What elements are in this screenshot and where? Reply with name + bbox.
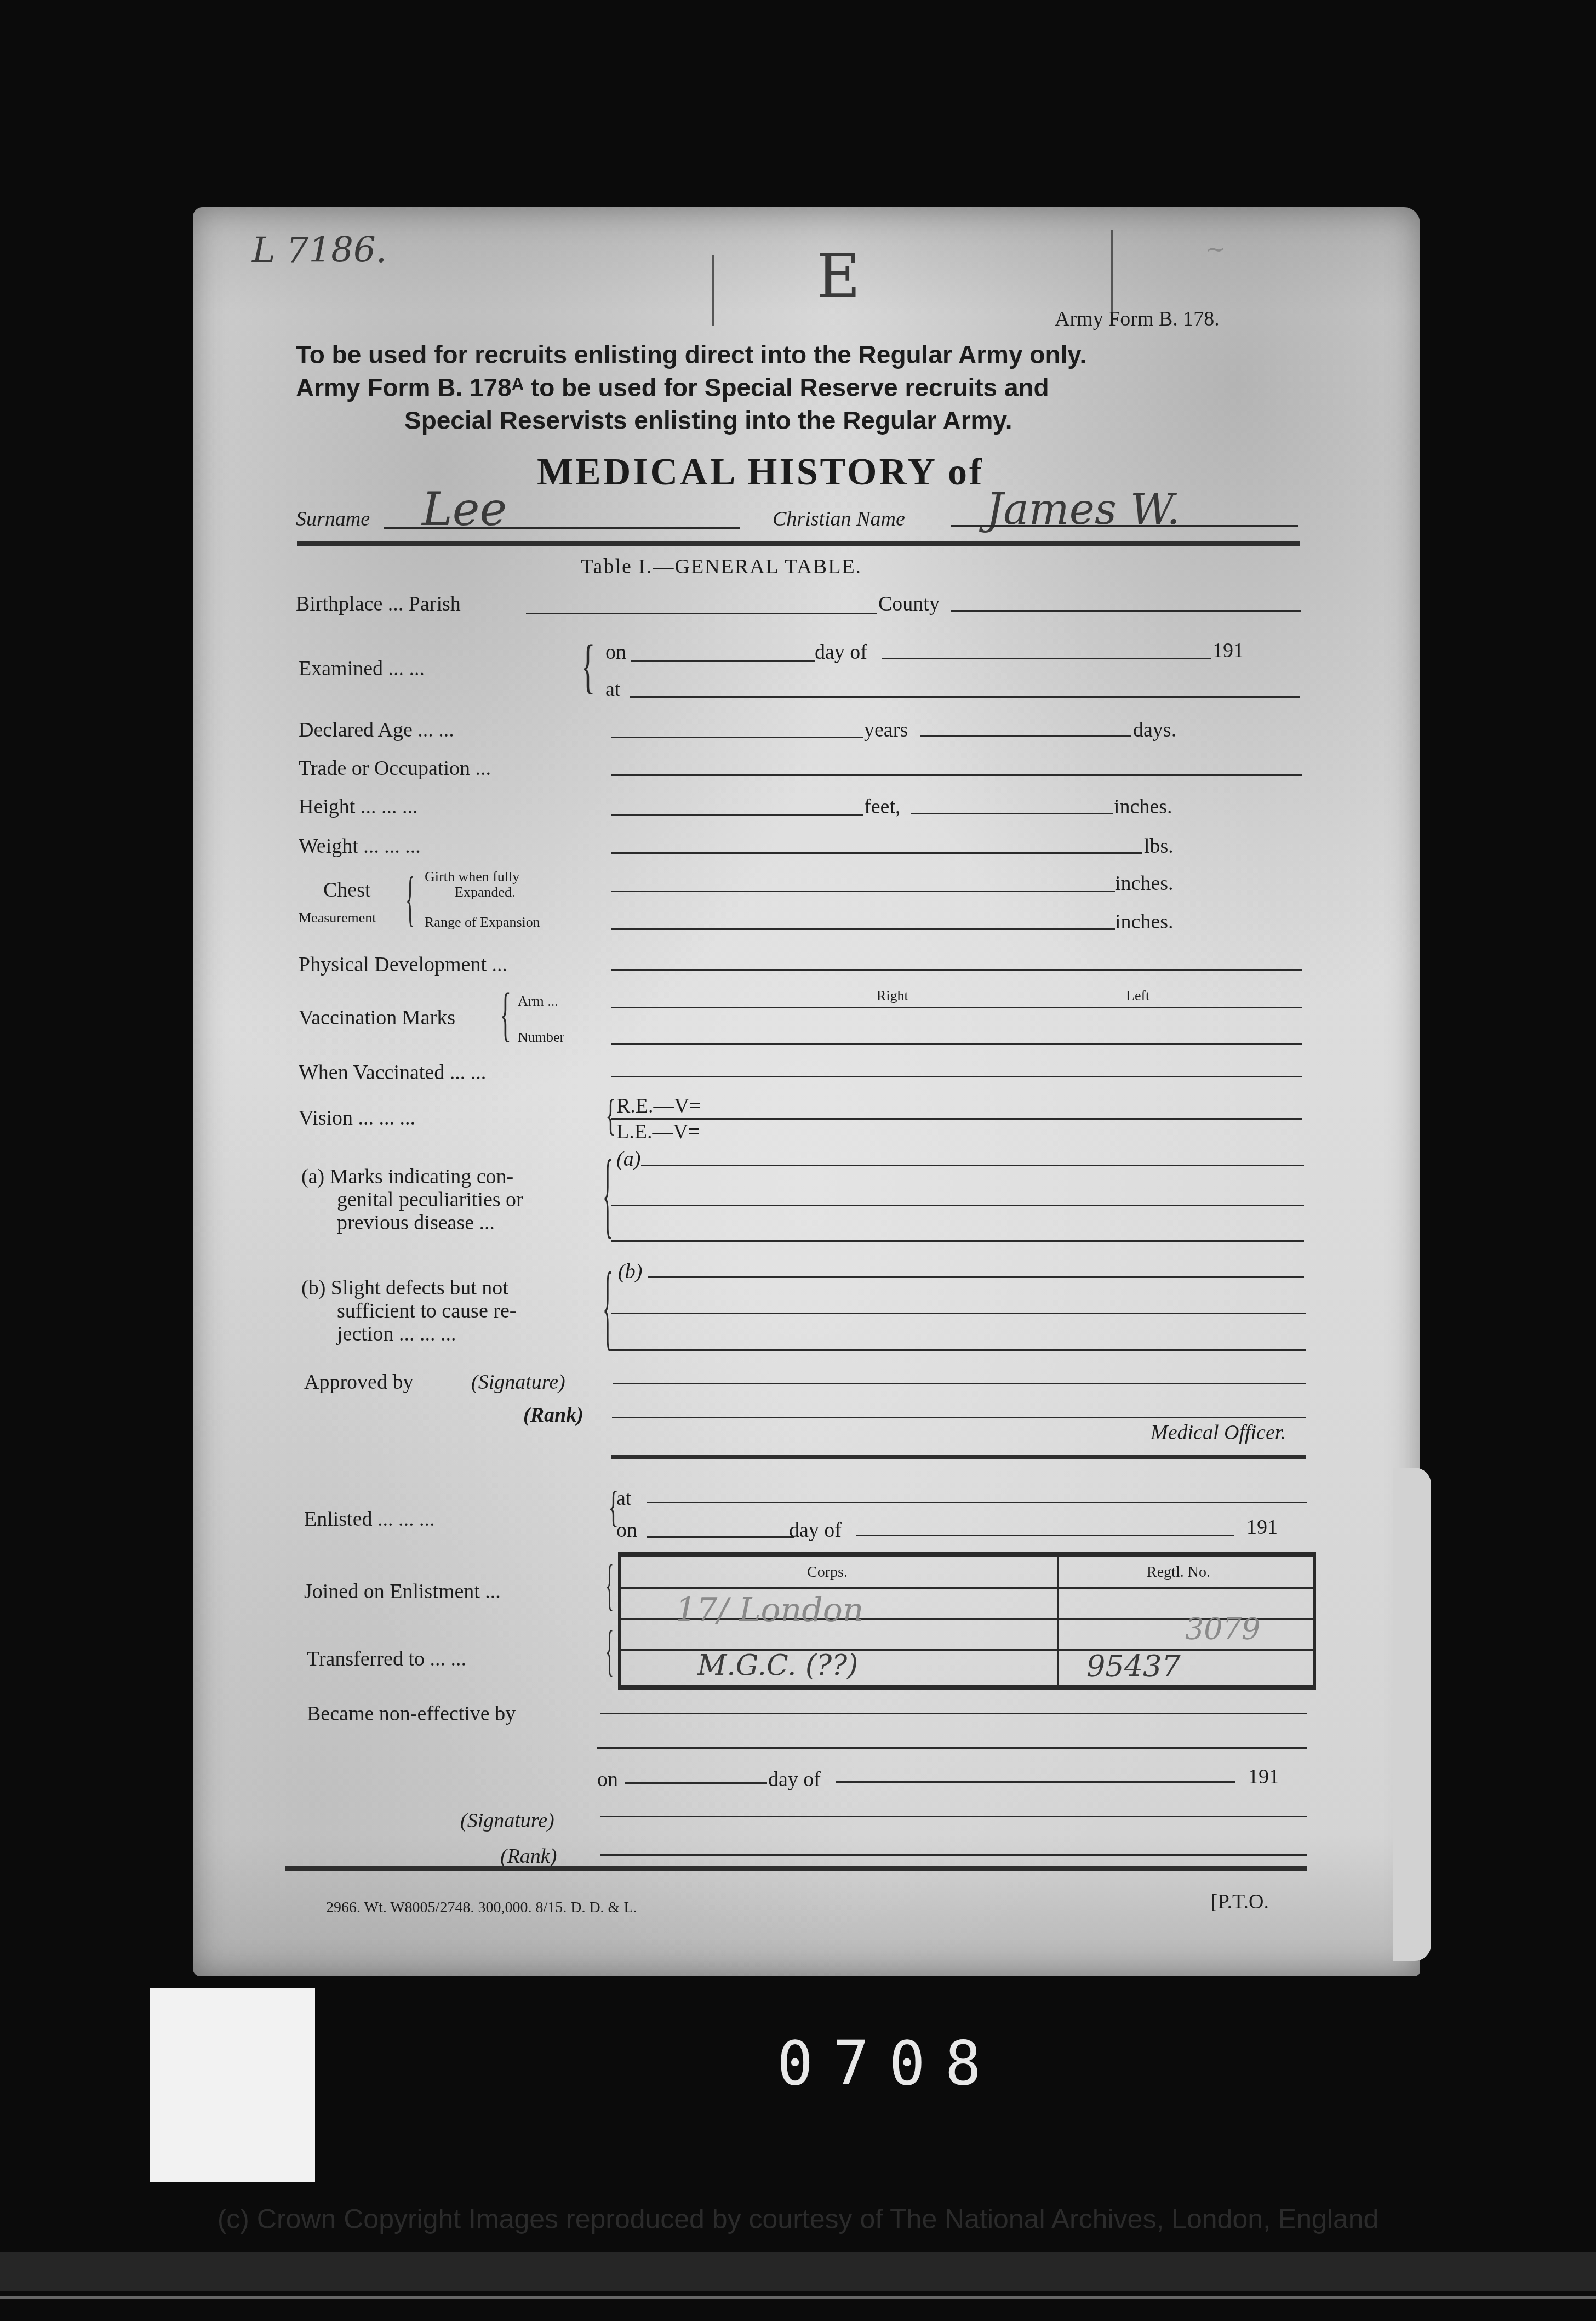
age-years-input[interactable] (611, 737, 863, 738)
marks-a-input-2[interactable] (611, 1205, 1304, 1206)
years-label: years (864, 718, 908, 742)
non-effective-rank-input[interactable] (600, 1854, 1307, 1856)
marks-a-input-3[interactable] (611, 1240, 1304, 1242)
enlisted-day-input[interactable] (647, 1536, 794, 1538)
enlisted-year-label: 191 (1246, 1515, 1278, 1539)
non-effective-signature-label: (Signature) (460, 1809, 554, 1833)
right-header: Right (877, 988, 908, 1004)
chest-girth-unit: inches. (1115, 871, 1174, 896)
age-days-input[interactable] (920, 735, 1131, 737)
examined-at-input[interactable] (630, 696, 1300, 698)
film-band (0, 2252, 1596, 2291)
girth-label-2: Expanded. (455, 884, 515, 900)
christian-name-field-line (951, 525, 1298, 527)
non-effective-input-1[interactable] (600, 1713, 1307, 1714)
examined-month-input[interactable] (882, 658, 1211, 659)
marks-a-marker: (a) (616, 1147, 640, 1171)
box-mark (712, 255, 719, 326)
christian-name-value[interactable]: James W. (986, 485, 1180, 534)
marks-a-input-1[interactable] (641, 1165, 1304, 1166)
vision-brace: { (605, 1093, 616, 1137)
lbs-label: lbs. (1144, 834, 1174, 858)
category-mark: E (816, 241, 860, 311)
defects-b-label-2: sufficient to cause re- (337, 1299, 516, 1323)
number-label: Number (518, 1029, 564, 1046)
range-label: Range of Expansion (425, 914, 540, 931)
defects-b-marker: (b) (618, 1259, 642, 1284)
examined-year-label: 191 (1212, 638, 1244, 663)
copyright-notice: (c) Crown Copyright Images reproduced by… (0, 2203, 1596, 2235)
parish-input[interactable] (526, 613, 877, 614)
non-effective-month-input[interactable] (836, 1781, 1235, 1783)
surname-label: Surname (296, 507, 370, 531)
non-effective-input-2[interactable] (597, 1747, 1307, 1749)
instruction-line-2: Army Form B. 178ᴬ to be used for Special… (296, 373, 1049, 402)
non-effective-day-of-label: day of (768, 1767, 821, 1792)
examined-label: Examined ... ... (299, 657, 425, 681)
print-code: 2966. Wt. W8005/2748. 300,000. 8/15. D. … (326, 1899, 637, 1917)
defects-b-label-3: jection ... ... ... (337, 1322, 456, 1346)
county-label: County (878, 592, 940, 616)
corps-column-header: Corps. (807, 1564, 848, 1581)
vaccination-number-input[interactable] (611, 1043, 1302, 1045)
torn-edge (1393, 1468, 1431, 1961)
height-inches-input[interactable] (911, 813, 1113, 814)
section-divider (611, 1455, 1306, 1459)
page-title: MEDICAL HISTORY of (537, 450, 984, 494)
instruction-line-1: To be used for recruits enlisting direct… (296, 340, 1086, 369)
defects-b-input-2[interactable] (611, 1313, 1306, 1314)
examined-brace: { (581, 636, 595, 696)
non-effective-day-input[interactable] (625, 1782, 767, 1784)
calibration-strip (150, 1988, 315, 2182)
examined-at-label: at (605, 677, 620, 702)
defects-b-label-1: (b) Slight defects but not (301, 1276, 508, 1300)
when-vaccinated-input[interactable] (611, 1076, 1302, 1077)
examined-day-input[interactable] (631, 660, 815, 662)
defects-b-input-3[interactable] (611, 1349, 1306, 1351)
trade-label: Trade or Occupation ... (299, 756, 491, 780)
non-effective-rank-label: (Rank) (500, 1844, 557, 1868)
examined-day-of-label: day of (815, 640, 867, 664)
vaccination-marks-label: Vaccination Marks (299, 1006, 455, 1030)
chest-label: Chest (323, 878, 371, 902)
frame-counter: 0708 (777, 2039, 985, 2088)
county-input[interactable] (951, 610, 1301, 612)
joined-corps-value[interactable]: 17/ London (676, 1591, 863, 1629)
weight-label: Weight ... ... ... (299, 834, 421, 858)
height-label: Height ... ... ... (299, 795, 417, 819)
initials-annotation: ~ (1205, 236, 1226, 264)
chest-girth-input[interactable] (611, 891, 1115, 892)
header-divider (297, 541, 1300, 546)
when-vaccinated-label: When Vaccinated ... ... (299, 1060, 486, 1085)
re-label: R.E.—V= (616, 1094, 701, 1118)
examined-on-label: on (605, 640, 626, 664)
approved-signature-input[interactable] (613, 1383, 1306, 1384)
vision-label: Vision ... ... ... (299, 1106, 415, 1130)
chest-range-unit: inches. (1115, 910, 1174, 934)
surname-field-line (384, 527, 740, 529)
footer-divider (285, 1866, 1307, 1871)
chest-range-input[interactable] (611, 928, 1115, 930)
physical-development-input[interactable] (611, 969, 1302, 971)
christian-name-label: Christian Name (773, 507, 905, 531)
film-rule (0, 2296, 1596, 2299)
enlisted-month-input[interactable] (856, 1535, 1234, 1536)
instruction-line-3: Special Reservists enlisting into the Re… (404, 406, 1012, 435)
defects-b-input-1[interactable] (648, 1276, 1304, 1278)
reference-annotation: L 7186. (252, 230, 387, 271)
enlisted-label: Enlisted ... ... ... (304, 1507, 435, 1531)
table-title: Table I.—GENERAL TABLE. (581, 555, 862, 579)
feet-label: feet, (864, 795, 900, 819)
vaccination-brace: { (500, 984, 511, 1044)
transferred-brace: { (605, 1622, 614, 1679)
le-label: L.E.—V= (616, 1120, 700, 1144)
regtl-no-column-header: Regtl. No. (1147, 1564, 1210, 1581)
transferred-label: Transferred to ... ... (307, 1647, 466, 1671)
joined-label: Joined on Enlistment ... (304, 1579, 501, 1604)
approved-by-label: Approved by (304, 1370, 413, 1394)
joined-brace: { (605, 1556, 614, 1613)
left-header: Left (1126, 988, 1149, 1004)
non-effective-year-label: 191 (1248, 1765, 1279, 1789)
approved-rank-input[interactable] (612, 1417, 1306, 1418)
measurement-label: Measurement (299, 910, 376, 926)
trade-input[interactable] (611, 774, 1302, 776)
girth-label-1: Girth when fully (425, 869, 519, 885)
joined-regtl-no-value[interactable]: 3079 (1185, 1612, 1260, 1646)
birthplace-label: Birthplace ... Parish (296, 592, 461, 616)
enlisted-at-input[interactable] (647, 1502, 1307, 1503)
physical-development-label: Physical Development ... (299, 953, 507, 977)
weight-input[interactable] (611, 852, 1142, 854)
transferred-corps-value[interactable]: M.G.C. (??) (697, 1649, 858, 1682)
declared-age-label: Declared Age ... ... (299, 718, 454, 742)
non-effective-label: Became non-effective by (307, 1702, 516, 1726)
inches-label: inches. (1114, 795, 1172, 819)
corps-table: Corps. Regtl. No. 17/ London 3079 M.G.C.… (618, 1552, 1316, 1690)
height-feet-input[interactable] (611, 814, 863, 816)
transferred-regtl-no-value[interactable]: 95437 (1086, 1649, 1181, 1684)
enlisted-on-label: on (616, 1518, 637, 1542)
arm-label: Arm ... (518, 993, 558, 1010)
days-label: days. (1133, 718, 1176, 742)
medical-officer-label: Medical Officer. (1151, 1421, 1286, 1445)
pto-label: [P.T.O. (1211, 1890, 1269, 1914)
column-divider (1057, 1557, 1059, 1685)
approved-signature-label: (Signature) (471, 1370, 565, 1394)
vision-re-input[interactable] (611, 1118, 1302, 1120)
chest-brace: { (405, 869, 415, 930)
marks-a-label-3: previous disease ... (337, 1211, 495, 1235)
enlisted-at-label: at (616, 1486, 631, 1510)
non-effective-on-label: on (597, 1767, 618, 1792)
approved-rank-label: (Rank) (523, 1403, 584, 1427)
vaccination-arm-input[interactable] (611, 1007, 1302, 1008)
enlisted-day-of-label: day of (789, 1518, 842, 1542)
marks-a-label-1: (a) Marks indicating con- (301, 1165, 513, 1189)
form-number: Army Form B. 178. (1055, 307, 1220, 331)
defects-b-brace: { (603, 1258, 613, 1354)
header-row-divider (621, 1587, 1313, 1589)
marks-a-label-2: genital peculiarities or (337, 1188, 523, 1212)
non-effective-signature-input[interactable] (600, 1816, 1307, 1817)
marks-a-brace: { (603, 1145, 613, 1242)
